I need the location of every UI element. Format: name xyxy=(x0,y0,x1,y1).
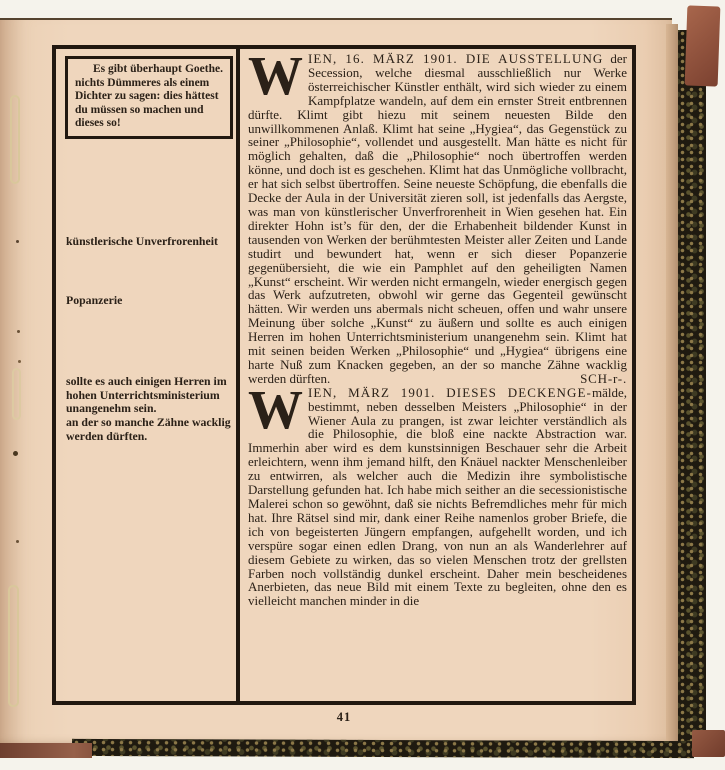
drop-cap: W xyxy=(248,55,303,99)
margin-note: an der so manche Zähne wacklig werden dü… xyxy=(66,416,233,443)
gutter-specks xyxy=(16,240,19,243)
quote-box: Goethe.Es gibt überhaupt nichts Dümmeres… xyxy=(65,56,233,139)
margin-note: künstlerische Unverfrorenheit xyxy=(66,235,233,249)
main-column: WIEN, 16. MÄRZ 1901. DIE AUSSTELLUNG der… xyxy=(236,49,632,701)
signature: SCH-r-. xyxy=(580,372,627,386)
cover-leather-corner xyxy=(685,5,721,86)
paragraph-body: mälde, bestimmt, neben desselben Meister… xyxy=(248,385,627,609)
quote-text-block: Goethe.Es gibt überhaupt nichts Dümmeres… xyxy=(75,63,223,131)
cover-leather-bottom-right xyxy=(692,730,725,757)
binding-thread xyxy=(8,585,19,707)
margin-note: sollte es auch einigen Herren im hohen U… xyxy=(66,375,233,416)
paragraph-lead: IEN, 16. MÄRZ 1901. DIE AUSSTELLUNG xyxy=(308,51,603,66)
text-frame: Goethe.Es gibt überhaupt nichts Dümmeres… xyxy=(52,45,636,705)
paragraph-lead: IEN, MÄRZ 1901. DIESES DECKENGE- xyxy=(308,385,592,400)
binding-thread xyxy=(12,368,21,420)
paragraph-body: der Secession, welche diesmal ausschließ… xyxy=(248,51,627,386)
margin-column: Goethe.Es gibt überhaupt nichts Dümmeres… xyxy=(56,49,236,701)
cover-marble-bottom xyxy=(72,739,694,758)
cover-leather-bottom-left xyxy=(0,743,92,758)
paragraph: WIEN, 16. MÄRZ 1901. DIE AUSSTELLUNG der… xyxy=(248,52,627,386)
margin-note: Popanzerie xyxy=(66,294,233,308)
paragraph: WIEN, MÄRZ 1901. DIESES DECKENGE-mälde, … xyxy=(248,386,627,609)
quote-attribution: Goethe. xyxy=(185,63,223,77)
binding-thread xyxy=(10,95,20,184)
page-edge xyxy=(666,24,678,745)
page-number: 41 xyxy=(52,710,636,725)
cover-marble-right xyxy=(678,30,706,746)
drop-cap: W xyxy=(248,389,303,433)
